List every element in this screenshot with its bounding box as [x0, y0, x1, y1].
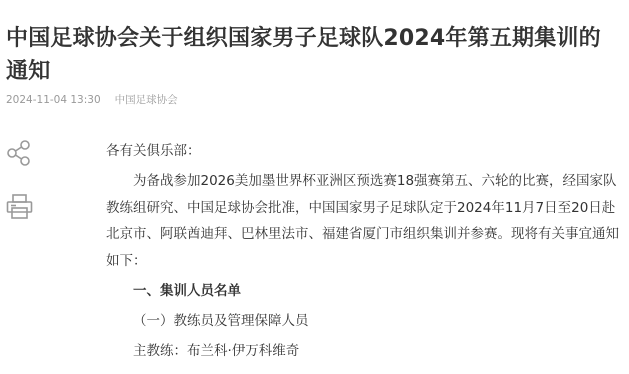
article-meta: 2024-11-04 13:30中国足球协会 [6, 93, 178, 107]
article: 中国足球协会关于组织国家男子足球队2024年第五期集训的通知 2024-11-0… [0, 0, 629, 374]
publish-date: 2024-11-04 13:30 [6, 94, 101, 106]
print-button[interactable] [4, 192, 34, 222]
article-tools [4, 138, 34, 246]
print-icon [4, 192, 34, 222]
share-icon [4, 138, 34, 168]
paragraph: 为备战参加2026美加墨世界杯亚洲区预选赛18强赛第五、六轮的比赛，经国家队教练… [106, 168, 621, 274]
article-source: 中国足球协会 [115, 94, 178, 106]
subsection-heading: （一）教练员及管理保障人员 [106, 308, 621, 335]
head-coach-line: 主教练：布兰科·伊万科维奇 [106, 338, 621, 365]
article-title: 中国足球协会关于组织国家男子足球队2024年第五期集训的通知 [6, 22, 621, 88]
salutation: 各有关俱乐部： [106, 138, 621, 165]
share-button[interactable] [4, 138, 34, 168]
section-heading: 一、集训人员名单 [106, 278, 621, 305]
article-body: 各有关俱乐部： 为备战参加2026美加墨世界杯亚洲区预选赛18强赛第五、六轮的比… [106, 138, 621, 368]
